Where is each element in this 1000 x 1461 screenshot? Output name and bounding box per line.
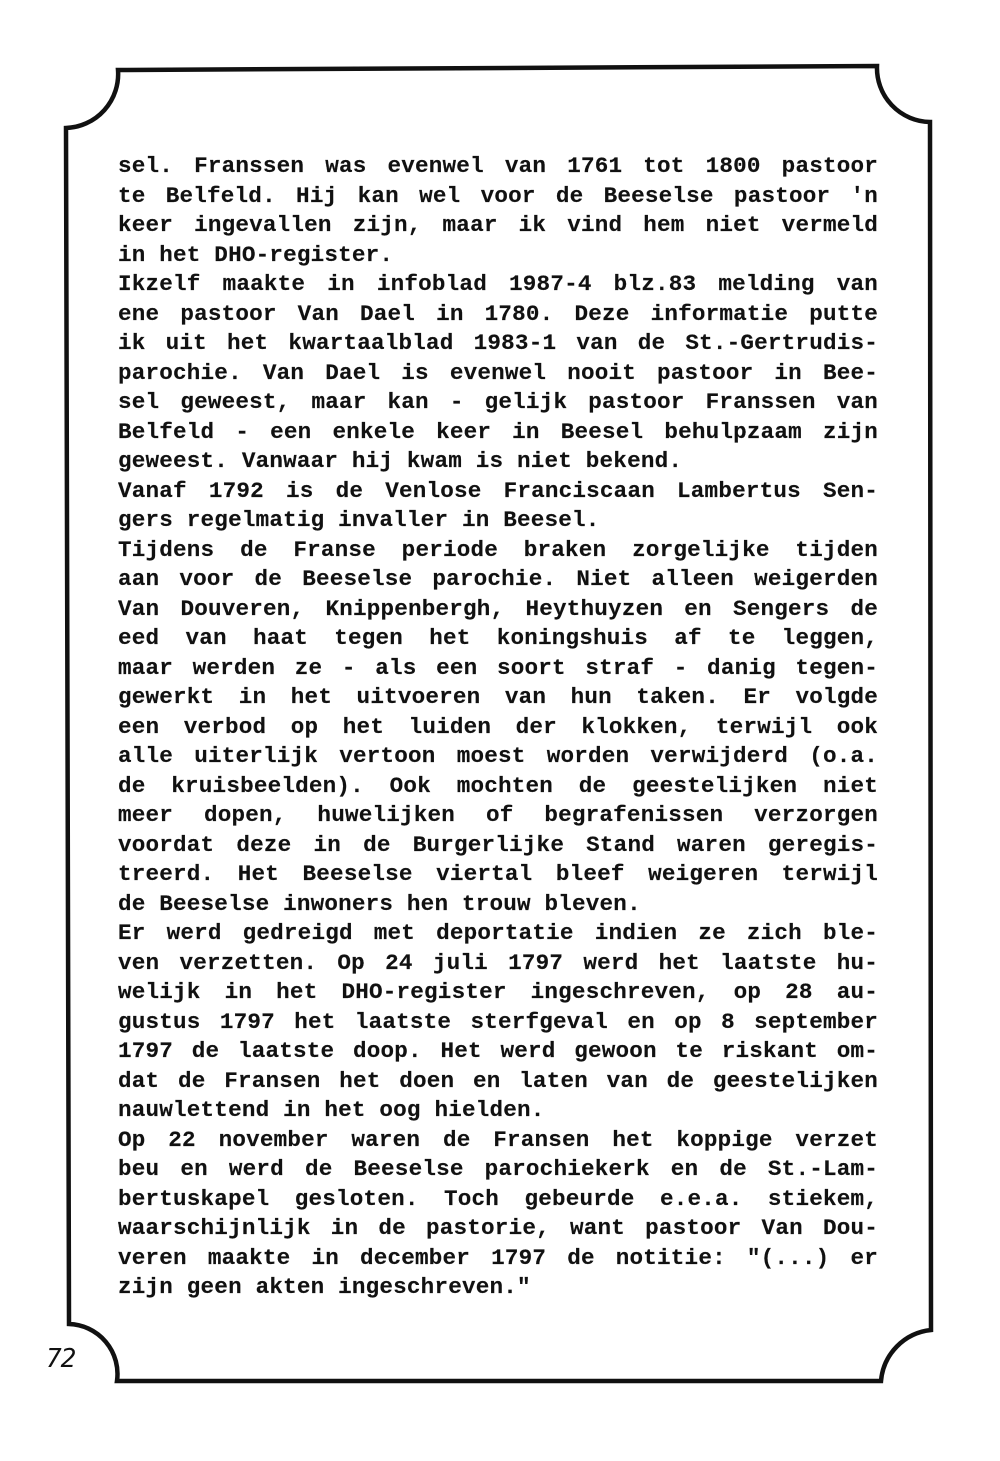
text-line: nauwlettend in het oog hielden. xyxy=(118,1096,878,1126)
text-line: in het DHO-register. xyxy=(118,241,878,271)
text-line: Belfeld - een enkele keer in Beesel behu… xyxy=(118,418,878,448)
text-line: alle uiterlijk vertoon moest worden verw… xyxy=(118,742,878,772)
text-line: de kruisbeelden). Ook mochten de geestel… xyxy=(118,772,878,802)
text-line: welijk in het DHO-register ingeschreven,… xyxy=(118,978,878,1008)
text-line: treerd. Het Beeselse viertal bleef weige… xyxy=(118,860,878,890)
text-line: ven verzetten. Op 24 juli 1797 werd het … xyxy=(118,949,878,979)
text-line: Vanaf 1792 is de Venlose Franciscaan Lam… xyxy=(118,477,878,507)
text-line: zijn geen akten ingeschreven." xyxy=(118,1273,878,1303)
text-line: maar werden ze - als een soort straf - d… xyxy=(118,654,878,684)
text-line: ik uit het kwartaalblad 1983-1 van de St… xyxy=(118,329,878,359)
text-line: ene pastoor Van Dael in 1780. Deze infor… xyxy=(118,300,878,330)
text-line: Er werd gedreigd met deportatie indien z… xyxy=(118,919,878,949)
text-line: sel. Franssen was evenwel van 1761 tot 1… xyxy=(118,152,878,182)
text-line: de Beeselse inwoners hen trouw bleven. xyxy=(118,890,878,920)
text-line: veren maakte in december 1797 de notitie… xyxy=(118,1244,878,1274)
text-line: Op 22 november waren de Fransen het kopp… xyxy=(118,1126,878,1156)
text-line: gers regelmatig invaller in Beesel. xyxy=(118,506,878,536)
text-line: dat de Fransen het doen en laten van de … xyxy=(118,1067,878,1097)
text-line: Ikzelf maakte in infoblad 1987-4 blz.83 … xyxy=(118,270,878,300)
text-line: beu en werd de Beeselse parochiekerk en … xyxy=(118,1155,878,1185)
text-line: eed van haat tegen het koningshuis af te… xyxy=(118,624,878,654)
text-line: geweest. Vanwaar hij kwam is niet bekend… xyxy=(118,447,878,477)
text-line: waarschijnlijk in de pastorie, want past… xyxy=(118,1214,878,1244)
text-line: keer ingevallen zijn, maar ik vind hem n… xyxy=(118,211,878,241)
text-line: aan voor de Beeselse parochie. Niet alle… xyxy=(118,565,878,595)
text-line: 1797 de laatste doop. Het werd gewoon te… xyxy=(118,1037,878,1067)
page-number: 72 xyxy=(46,1344,75,1374)
text-line: meer dopen, huwelijken of begrafenissen … xyxy=(118,801,878,831)
text-line: gustus 1797 het laatste sterfgeval en op… xyxy=(118,1008,878,1038)
text-line: bertuskapel gesloten. Toch gebeurde e.e.… xyxy=(118,1185,878,1215)
text-line: voordat deze in de Burgerlijke Stand war… xyxy=(118,831,878,861)
text-line: te Belfeld. Hij kan wel voor de Beeselse… xyxy=(118,182,878,212)
text-line: Van Douveren, Knippenbergh, Heythuyzen e… xyxy=(118,595,878,625)
text-line: Tijdens de Franse periode braken zorgeli… xyxy=(118,536,878,566)
body-text: sel. Franssen was evenwel van 1761 tot 1… xyxy=(118,152,878,1303)
text-line: parochie. Van Dael is evenwel nooit past… xyxy=(118,359,878,389)
text-line: gewerkt in het uitvoeren van hun taken. … xyxy=(118,683,878,713)
text-line: sel geweest, maar kan - gelijk pastoor F… xyxy=(118,388,878,418)
text-line: een verbod op het luiden der klokken, te… xyxy=(118,713,878,743)
